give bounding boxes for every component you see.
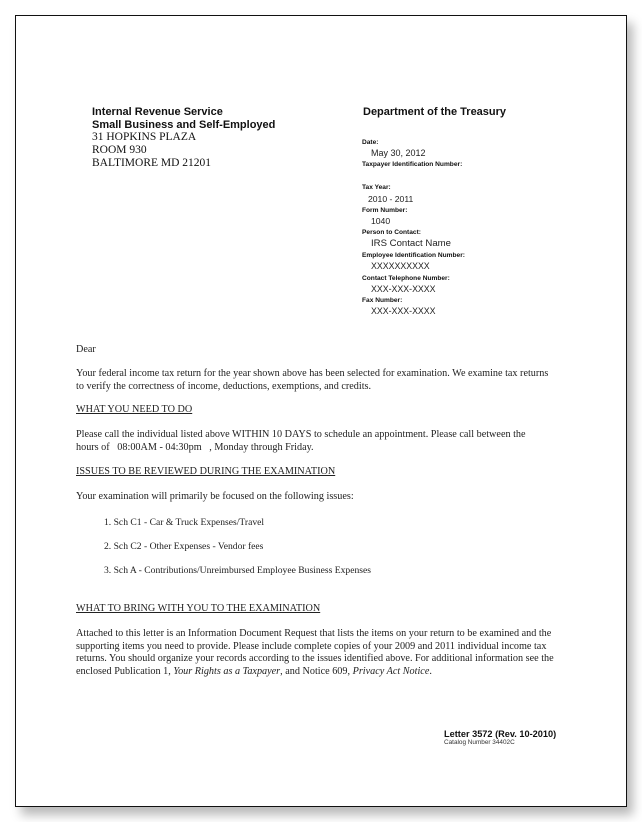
department-title: Department of the Treasury <box>363 106 506 119</box>
sender-org: Internal Revenue Service <box>92 106 223 119</box>
publication-title: Your Rights as a Taxpayer <box>173 666 280 677</box>
employee-id-value: XXXXXXXXXX <box>362 261 430 272</box>
fax-label: Fax Number: <box>362 297 402 305</box>
call-instructions-line2: hours of 08:00AM - 04:30pm , Monday thro… <box>76 442 314 455</box>
form-number-value: 1040 <box>362 216 390 227</box>
employee-id-label: Employee Identification Number: <box>362 252 465 260</box>
issues-intro: Your examination will primarily be focus… <box>76 491 354 504</box>
section-heading-what-to-do: WHAT YOU NEED TO DO <box>76 404 192 415</box>
notice-title: Privacy Act Notice <box>353 666 430 677</box>
sender-address-line3: BALTIMORE MD 21201 <box>92 157 211 170</box>
issue-item-3: 3. Sch A - Contributions/Unreimbursed Em… <box>104 565 371 576</box>
fax-value: XXX-XXX-XXXX <box>362 306 436 317</box>
bring-text-2: , and Notice 609, <box>280 666 352 677</box>
bring-paragraph: Attached to this letter is an Informatio… <box>76 628 554 678</box>
issue-item-1: 1. Sch C1 - Car & Truck Expenses/Travel <box>104 517 264 528</box>
date-label: Date: <box>362 139 379 147</box>
tin-label: Taxpayer Identification Number: <box>362 161 462 169</box>
catalog-number: Catalog Number 34402C <box>444 739 515 746</box>
contact-phone-value: XXX-XXX-XXXX <box>362 284 436 295</box>
tax-year-label: Tax Year: <box>362 184 391 192</box>
salutation: Dear <box>76 344 96 357</box>
letter-number: Letter 3572 (Rev. 10-2010) <box>444 729 556 739</box>
issue-item-2: 2. Sch C2 - Other Expenses - Vendor fees <box>104 541 263 552</box>
section-heading-what-to-bring: WHAT TO BRING WITH YOU TO THE EXAMINATIO… <box>76 603 320 614</box>
section-heading-issues: ISSUES TO BE REVIEWED DURING THE EXAMINA… <box>76 466 335 477</box>
sender-address-line2: ROOM 930 <box>92 144 147 157</box>
sender-address-line1: 31 HOPKINS PLAZA <box>92 131 196 144</box>
bring-text-3: . <box>429 666 432 677</box>
contact-person-value: IRS Contact Name <box>362 238 451 249</box>
call-instructions-line1: Please call the individual listed above … <box>76 429 526 442</box>
form-number-label: Form Number: <box>362 207 407 215</box>
contact-phone-label: Contact Telephone Number: <box>362 275 450 283</box>
intro-paragraph: Your federal income tax return for the y… <box>76 368 556 393</box>
tax-year-value: 2010 - 2011 <box>359 194 413 205</box>
contact-person-label: Person to Contact: <box>362 229 421 237</box>
date-value: May 30, 2012 <box>362 148 426 159</box>
